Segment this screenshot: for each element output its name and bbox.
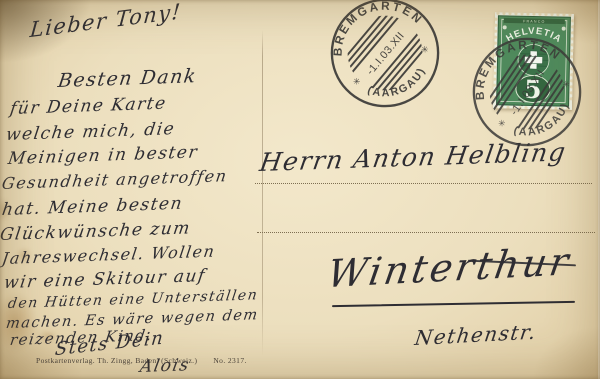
publisher-text: Postkartenverlag. Th. Zingg, Baden, (Sch… bbox=[36, 356, 197, 365]
message-line: Glückwünsche zum bbox=[0, 220, 192, 244]
address-line-rule bbox=[255, 183, 592, 184]
postmark-ornament-icon: ✳ bbox=[348, 75, 363, 89]
postmark-ornament-icon: ✳ bbox=[493, 116, 509, 131]
message-line: wir eine Skitour auf bbox=[3, 268, 207, 292]
address-line-rule bbox=[257, 232, 595, 233]
message-line: Jahreswechsel. Wollen bbox=[1, 244, 217, 268]
address-street: Nethenstr. bbox=[414, 322, 539, 349]
address-city: Winterthur bbox=[325, 242, 574, 293]
message-line: für Deine Karte bbox=[9, 95, 168, 118]
postmark-bremgarten: -1.I.03.XII BREMGARTEN (AARGAU) ✳ ✳ bbox=[308, 0, 462, 130]
message-line: Besten Dank bbox=[57, 67, 199, 91]
postmark-town: BREMGARTEN bbox=[317, 0, 429, 61]
svg-text:BREMGARTEN: BREMGARTEN bbox=[317, 0, 429, 61]
message-salutation: Lieber Tony! bbox=[29, 1, 182, 41]
message-line: hat. Meine besten bbox=[1, 196, 184, 219]
center-divider-line bbox=[262, 30, 263, 356]
message-line: welche mich, die bbox=[5, 121, 177, 144]
message-line: Meinigen in bester bbox=[7, 144, 199, 168]
city-underline bbox=[332, 301, 575, 307]
postmark-graphic: -1.I.03.XII BREMGARTEN (AARGAU) ✳ ✳ bbox=[308, 0, 462, 130]
svg-text:✳: ✳ bbox=[493, 116, 509, 131]
card-number: No. 2317. bbox=[213, 356, 246, 365]
publisher-imprint: Postkartenverlag. Th. Zingg, Baden, (Sch… bbox=[36, 356, 247, 365]
message-line: Gesundheit angetroffen bbox=[1, 168, 229, 192]
svg-text:✳: ✳ bbox=[348, 75, 363, 89]
postcard-back: Lieber Tony! Besten Dank für Deine Karte… bbox=[0, 0, 600, 379]
